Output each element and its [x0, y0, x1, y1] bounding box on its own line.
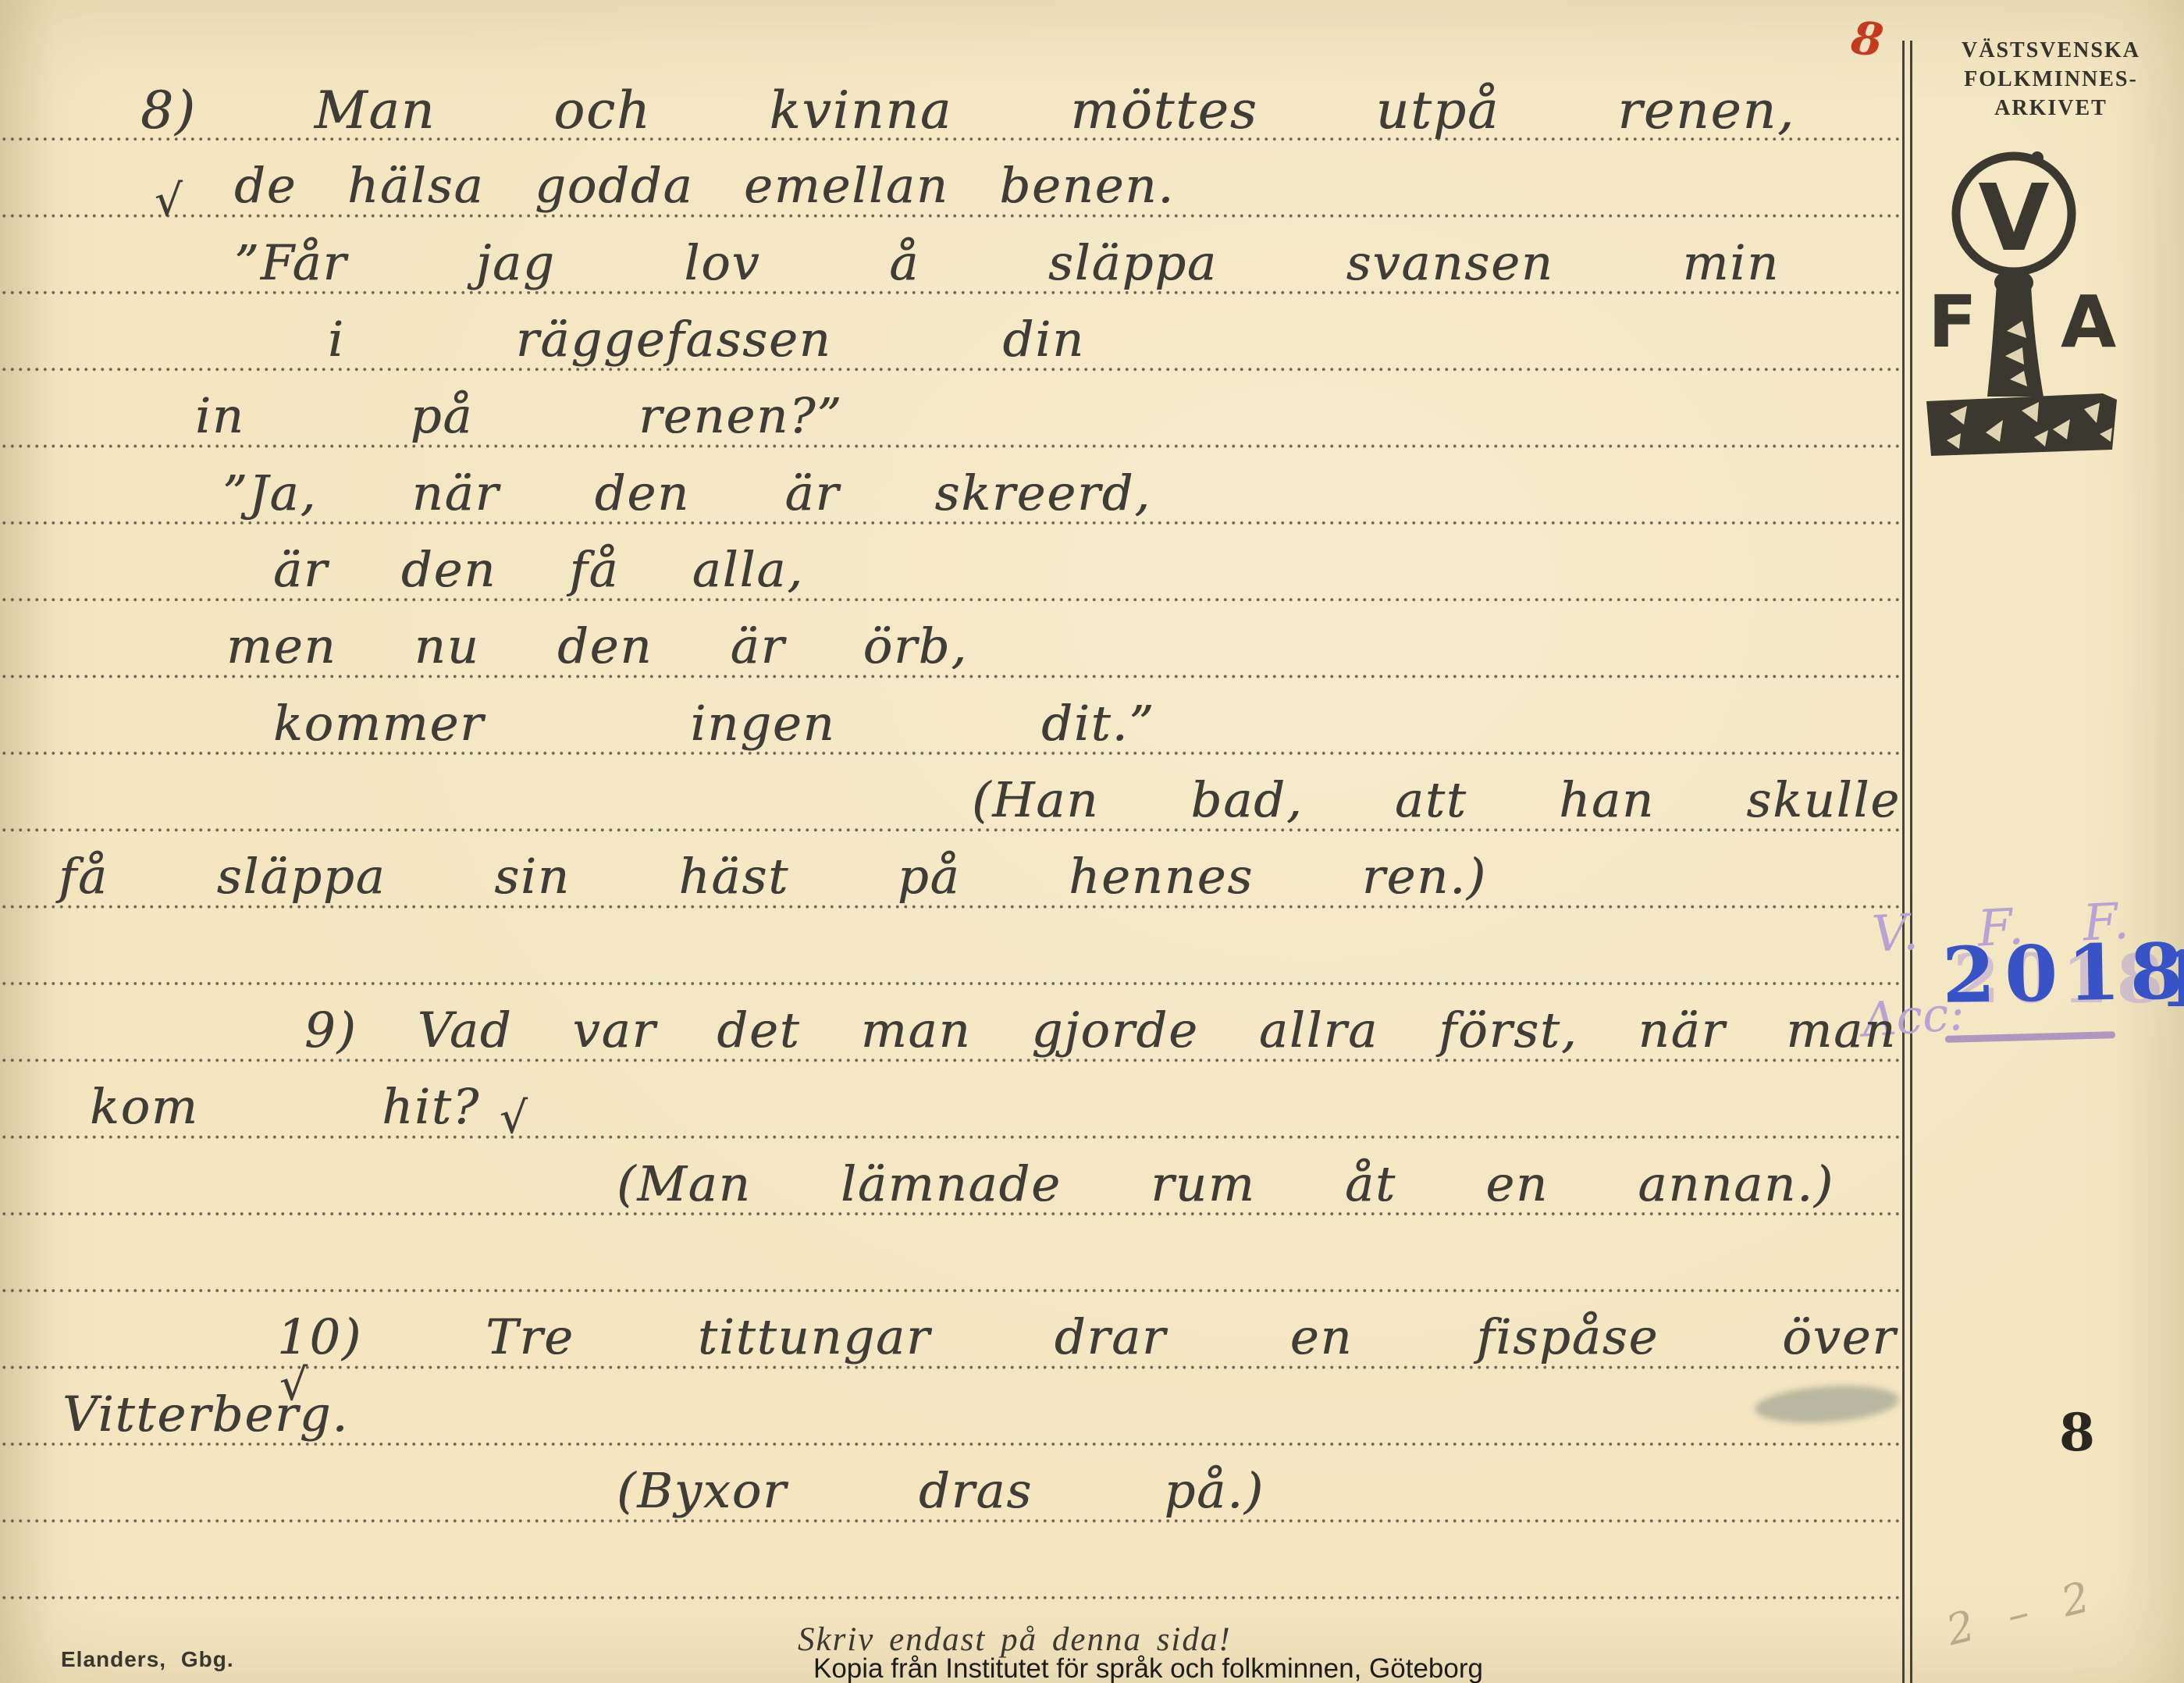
- handwritten-line: 9) Vad var det man gjorde allra först, n…: [304, 1004, 1897, 1057]
- stamp-underline: [1945, 1031, 2115, 1043]
- handwritten-line: i räggefassen din: [328, 313, 1085, 366]
- archive-name: VÄSTSVENSKA FOLKMINNES- ARKIVET: [1916, 36, 2184, 123]
- accession-stamp: V. F. F. 2018 2018 1 Acc:: [1858, 890, 2184, 1062]
- handwritten-line: (Man lämnade rum åt en annan.): [617, 1158, 1834, 1211]
- margin-double-rule: [1902, 41, 1912, 1683]
- handwritten-line: ”Ja, när den är skreerd,: [222, 467, 1151, 520]
- printer-mark: Elanders, Gbg.: [61, 1647, 234, 1672]
- checkmark: √: [155, 176, 183, 226]
- archive-name-line1: VÄSTSVENSKA: [1916, 36, 2184, 65]
- handwritten-line: (Han bad, att han skulle: [972, 774, 1901, 827]
- handwritten-line: men nu den är örb,: [226, 620, 968, 673]
- handwritten-corner-page-number: 8: [1848, 11, 1886, 67]
- copy-notice: Kopia från Institutet för språk och folk…: [813, 1653, 1483, 1683]
- handwritten-line: få släppa sin häst på hennes ren.): [59, 850, 1487, 903]
- handwritten-line: 8) Man och kvinna möttes utpå renen,: [141, 83, 1795, 140]
- logo-letter-a: A: [2061, 280, 2116, 364]
- pencil-note: 2 – 2: [1941, 1570, 2104, 1656]
- checkmark: √: [500, 1093, 528, 1144]
- checkmark: √: [279, 1360, 308, 1411]
- handwritten-line: 10) Tre tittungar drar en fispåse över: [277, 1311, 1897, 1364]
- logo-letter-f: F: [1928, 280, 1977, 364]
- thors-hammer-logo: V F A: [1919, 150, 2184, 462]
- stamp-trailing-digit: 1: [2157, 935, 2184, 1025]
- archive-name-line3: ARKIVET: [1916, 94, 2184, 123]
- stamp-number: 2018: [1941, 927, 2184, 1021]
- handwritten-line: är den få alla,: [273, 543, 804, 596]
- handwritten-line: ”Får jag lov å släppa svansen min: [234, 237, 1780, 290]
- hammer-head: [1926, 393, 2117, 456]
- handwritten-line: de hälsa godda emellan benen.: [234, 159, 1175, 212]
- handwritten-line: kommer ingen dit.”: [273, 697, 1155, 750]
- logo-letter-v: V: [1978, 164, 2049, 272]
- handwritten-line: in på renen?”: [195, 390, 843, 443]
- scanned-manuscript-page: 8 VÄSTSVENSKA FOLKMINNES- ARKIVET V F A …: [0, 0, 2184, 1683]
- handwritten-line: kom hit?: [90, 1080, 480, 1133]
- logo-ring-clasp: [2031, 151, 2043, 164]
- printed-page-number: 8: [2059, 1402, 2095, 1463]
- archive-name-line2: FOLKMINNES-: [1916, 65, 2184, 94]
- handwritten-line: (Byxor dras på.): [617, 1464, 1265, 1518]
